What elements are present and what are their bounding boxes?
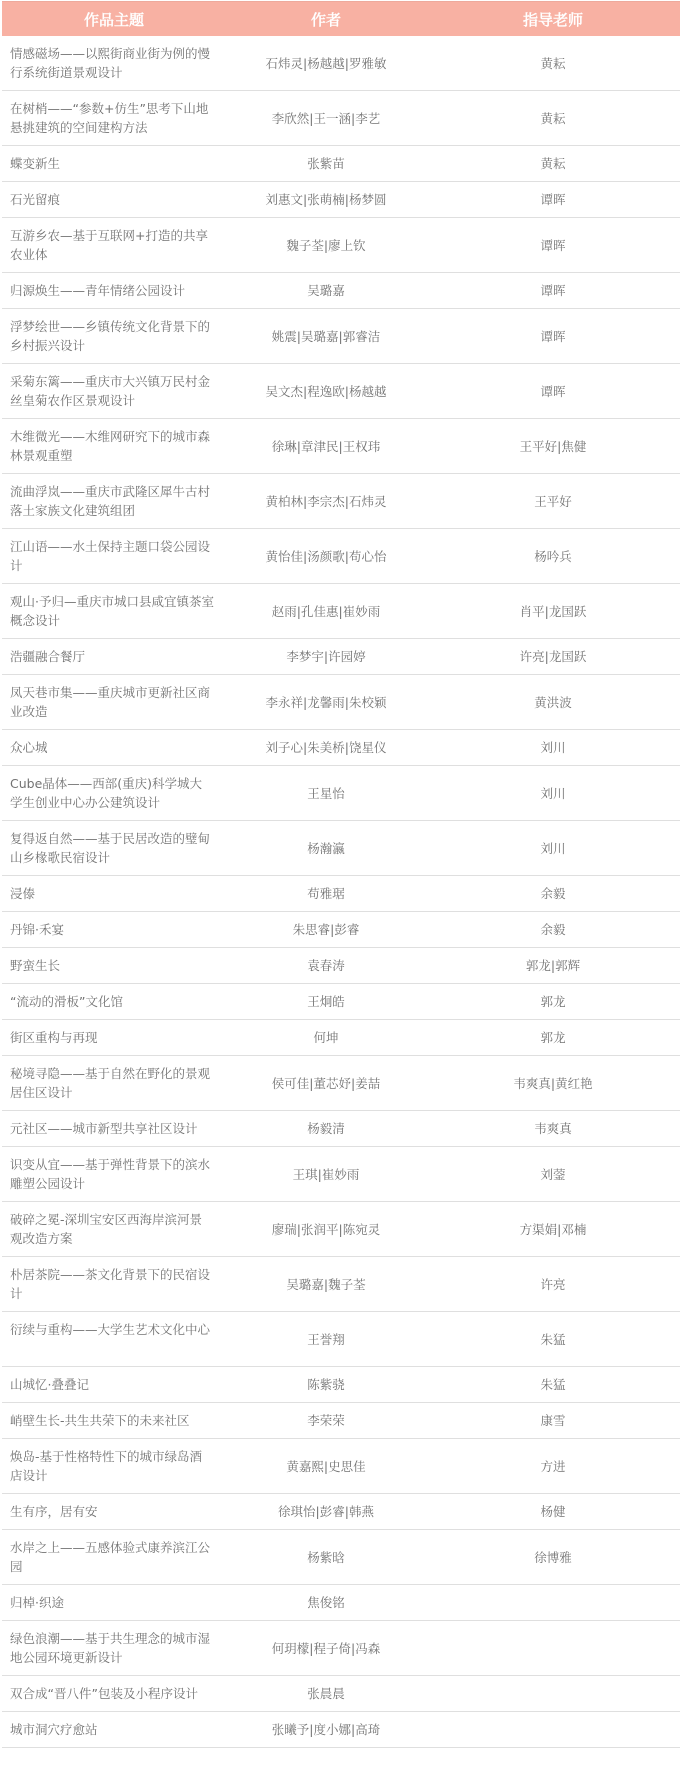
cell-teacher: 谭晖 [426,364,680,419]
cell-teacher: 王平好 [426,474,680,529]
cell-author: 王誉翔 [226,1312,426,1367]
cell-title: 石光留痕 [2,182,226,218]
cell-teacher: 王平好|焦健 [426,419,680,474]
cell-title: 识变从宜——基于弹性背景下的滨水雕塑公园设计 [2,1147,226,1202]
header-author: 作者 [226,2,426,37]
table-row: 元社区——城市新型共享社区设计杨毅清韦爽真 [2,1111,680,1147]
cell-author: 朱思睿|彭睿 [226,912,426,948]
cell-teacher: 杨吟兵 [426,529,680,584]
table-row: “流动的滑板”文化馆王炯皓郭龙 [2,984,680,1020]
table-row: 流曲浮岚——重庆市武隆区犀牛古村落土家族文化建筑组团黄柏林|李宗杰|石炜灵王平好 [2,474,680,529]
cell-title: 山城忆·叠叠记 [2,1367,226,1403]
cell-title: 峭壁生长-共生共荣下的未来社区 [2,1403,226,1439]
table-row: 归棹·织途焦俊铭 [2,1585,680,1621]
cell-author: 何玥檬|程子倚|冯森 [226,1621,426,1676]
cell-teacher: 康雪 [426,1403,680,1439]
table-row: 众心城刘子心|朱美桥|饶星仪刘川 [2,730,680,766]
cell-teacher: 黄耘 [426,146,680,182]
cell-title: 情感磁场——以熙街商业街为例的慢行系统街道景观设计 [2,36,226,91]
cell-author: 王星怡 [226,766,426,821]
cell-author: 刘惠文|张萌楠|杨梦圆 [226,182,426,218]
cell-author: 李永祥|龙馨雨|朱校颖 [226,675,426,730]
cell-teacher: 方渠娟|邓楠 [426,1202,680,1257]
cell-author: 魏子荃|廖上钦 [226,218,426,273]
table-row: 野蛮生长袁春涛郭龙|郭辉 [2,948,680,984]
table-row: 丹锦·禾宴朱思睿|彭睿余毅 [2,912,680,948]
table-row: 凤天巷市集——重庆城市更新社区商业改造李永祥|龙馨雨|朱校颖黄洪波 [2,675,680,730]
cell-teacher [426,1712,680,1748]
table-row: 浸傣苟雅琚余毅 [2,876,680,912]
table-row: 木维微光——木维网研究下的城市森林景观重塑徐琳|章津民|王权玮王平好|焦健 [2,419,680,474]
cell-author: 张晨晨 [226,1676,426,1712]
table-row: 归源焕生——青年情绪公园设计吴璐嘉谭晖 [2,273,680,309]
cell-teacher: 徐博雅 [426,1530,680,1585]
table-row: 浩疆融合餐厅李梦宇|许园婷许亮|龙国跃 [2,639,680,675]
works-table-container: 作品主题 作者 指导老师 情感磁场——以熙街商业街为例的慢行系统街道景观设计石炜… [2,0,680,1748]
cell-title: 生有序，居有安 [2,1494,226,1530]
cell-teacher: 余毅 [426,876,680,912]
table-row: 秘境寻隐——基于自然在野化的景观居住区设计侯可佳|董芯妤|姜喆韦爽真|黄红艳 [2,1056,680,1111]
cell-author: 石炜灵|杨越越|罗雅敏 [226,36,426,91]
cell-teacher: 谭晖 [426,182,680,218]
header-teacher: 指导老师 [426,2,680,37]
cell-title: 蝶变新生 [2,146,226,182]
table-row: 复得返自然——基于民居改造的璧甸山乡椽歌民宿设计杨瀚瀛刘川 [2,821,680,876]
cell-author: 侯可佳|董芯妤|姜喆 [226,1056,426,1111]
cell-title: 绿色浪潮——基于共生理念的城市湿地公园环境更新设计 [2,1621,226,1676]
cell-title: 采菊东篱——重庆市大兴镇万民村金丝皇菊农作区景观设计 [2,364,226,419]
cell-teacher: 许亮 [426,1257,680,1312]
table-row: 互游乡农—基于互联网+打造的共享农业体魏子荃|廖上钦谭晖 [2,218,680,273]
cell-title: 流曲浮岚——重庆市武隆区犀牛古村落土家族文化建筑组团 [2,474,226,529]
cell-title: 朴居茶院——茶文化背景下的民宿设计 [2,1257,226,1312]
header-row: 作品主题 作者 指导老师 [2,2,680,37]
cell-teacher: 郭龙 [426,984,680,1020]
cell-author: 李荣荣 [226,1403,426,1439]
cell-teacher: 杨健 [426,1494,680,1530]
cell-title: 浮梦绘世——乡镇传统文化背景下的乡村振兴设计 [2,309,226,364]
table-row: 江山语——水土保持主题口袋公园设计黄怡佳|汤颜歌|苟心怡杨吟兵 [2,529,680,584]
table-row: 衍续与重构——大学生艺术文化中心王誉翔朱猛 [2,1312,680,1367]
table-row: 焕岛-基于性格特性下的城市绿岛酒店设计黄嘉熙|史思佳方进 [2,1439,680,1494]
cell-title: 江山语——水土保持主题口袋公园设计 [2,529,226,584]
cell-teacher: 韦爽真|黄红艳 [426,1056,680,1111]
cell-title: 元社区——城市新型共享社区设计 [2,1111,226,1147]
cell-author: 张曦予|度小娜|高琦 [226,1712,426,1748]
cell-teacher: 黄洪波 [426,675,680,730]
cell-author: 赵雨|孔佳惠|崔妙雨 [226,584,426,639]
cell-title: 秘境寻隐——基于自然在野化的景观居住区设计 [2,1056,226,1111]
cell-title: 互游乡农—基于互联网+打造的共享农业体 [2,218,226,273]
cell-teacher: 韦爽真 [426,1111,680,1147]
cell-author: 王琪|崔妙雨 [226,1147,426,1202]
table-row: 识变从宜——基于弹性背景下的滨水雕塑公园设计王琪|崔妙雨刘蓥 [2,1147,680,1202]
cell-author: 黄嘉熙|史思佳 [226,1439,426,1494]
cell-author: 杨紫晗 [226,1530,426,1585]
table-row: 浮梦绘世——乡镇传统文化背景下的乡村振兴设计姚震|吴璐嘉|郭睿洁谭晖 [2,309,680,364]
cell-author: 姚震|吴璐嘉|郭睿洁 [226,309,426,364]
cell-teacher: 刘蓥 [426,1147,680,1202]
table-row: 在树梢——“参数+仿生”思考下山地悬挑建筑的空间建构方法李欣然|王一涵|李艺黄耘 [2,91,680,146]
table-row: 采菊东篱——重庆市大兴镇万民村金丝皇菊农作区景观设计吴文杰|程逸欧|杨越越谭晖 [2,364,680,419]
cell-teacher: 谭晖 [426,309,680,364]
cell-title: 水岸之上——五感体验式康养滨江公园 [2,1530,226,1585]
cell-teacher [426,1676,680,1712]
cell-author: 黄柏林|李宗杰|石炜灵 [226,474,426,529]
cell-author: 徐琪怡|彭睿|韩燕 [226,1494,426,1530]
cell-teacher: 黄耘 [426,91,680,146]
cell-teacher [426,1621,680,1676]
cell-teacher: 谭晖 [426,218,680,273]
cell-teacher: 肖平|龙国跃 [426,584,680,639]
cell-author: 吴璐嘉|魏子荃 [226,1257,426,1312]
table-row: 蝶变新生张紫苗黄耘 [2,146,680,182]
cell-author: 吴璐嘉 [226,273,426,309]
cell-author: 吴文杰|程逸欧|杨越越 [226,364,426,419]
cell-teacher: 谭晖 [426,273,680,309]
cell-author: 王炯皓 [226,984,426,1020]
table-header: 作品主题 作者 指导老师 [2,2,680,37]
cell-teacher [426,1585,680,1621]
cell-teacher: 黄耘 [426,36,680,91]
table-row: 绿色浪潮——基于共生理念的城市湿地公园环境更新设计何玥檬|程子倚|冯森 [2,1621,680,1676]
cell-title: “流动的滑板”文化馆 [2,984,226,1020]
cell-author: 廖瑞|张润平|陈宛灵 [226,1202,426,1257]
table-row: 街区重构与再现何坤郭龙 [2,1020,680,1056]
cell-author: 苟雅琚 [226,876,426,912]
cell-title: 街区重构与再现 [2,1020,226,1056]
cell-title: 焕岛-基于性格特性下的城市绿岛酒店设计 [2,1439,226,1494]
cell-author: 陈紫骁 [226,1367,426,1403]
cell-title: 众心城 [2,730,226,766]
cell-teacher: 朱猛 [426,1312,680,1367]
cell-title: 城市洞穴疗愈站 [2,1712,226,1748]
cell-title: Cube晶体——西部(重庆)科学城大学生创业中心办公建筑设计 [2,766,226,821]
cell-author: 李梦宇|许园婷 [226,639,426,675]
cell-teacher: 方进 [426,1439,680,1494]
table-body: 情感磁场——以熙街商业街为例的慢行系统街道景观设计石炜灵|杨越越|罗雅敏黄耘在树… [2,36,680,1748]
cell-author: 焦俊铭 [226,1585,426,1621]
cell-teacher: 刘川 [426,821,680,876]
cell-teacher: 余毅 [426,912,680,948]
cell-title: 野蛮生长 [2,948,226,984]
table-row: 朴居茶院——茶文化背景下的民宿设计吴璐嘉|魏子荃许亮 [2,1257,680,1312]
table-row: 城市洞穴疗愈站张曦予|度小娜|高琦 [2,1712,680,1748]
cell-title: 归棹·织途 [2,1585,226,1621]
table-row: 水岸之上——五感体验式康养滨江公园杨紫晗徐博雅 [2,1530,680,1585]
header-title: 作品主题 [2,2,226,37]
works-table: 作品主题 作者 指导老师 情感磁场——以熙街商业街为例的慢行系统街道景观设计石炜… [2,1,680,1748]
cell-author: 张紫苗 [226,146,426,182]
cell-title: 复得返自然——基于民居改造的璧甸山乡椽歌民宿设计 [2,821,226,876]
cell-title: 观山·予归—重庆市城口县咸宜镇茶室概念设计 [2,584,226,639]
cell-teacher: 郭龙 [426,1020,680,1056]
table-row: 观山·予归—重庆市城口县咸宜镇茶室概念设计赵雨|孔佳惠|崔妙雨肖平|龙国跃 [2,584,680,639]
cell-author: 李欣然|王一涵|李艺 [226,91,426,146]
table-row: 石光留痕刘惠文|张萌楠|杨梦圆谭晖 [2,182,680,218]
table-row: 峭壁生长-共生共荣下的未来社区李荣荣康雪 [2,1403,680,1439]
cell-author: 袁春涛 [226,948,426,984]
cell-author: 杨毅清 [226,1111,426,1147]
cell-teacher: 朱猛 [426,1367,680,1403]
table-row: 破碎之冕-深圳宝安区西海岸滨河景观改造方案廖瑞|张润平|陈宛灵方渠娟|邓楠 [2,1202,680,1257]
table-row: 山城忆·叠叠记陈紫骁朱猛 [2,1367,680,1403]
cell-title: 在树梢——“参数+仿生”思考下山地悬挑建筑的空间建构方法 [2,91,226,146]
cell-teacher: 刘川 [426,766,680,821]
cell-teacher: 许亮|龙国跃 [426,639,680,675]
cell-title: 丹锦·禾宴 [2,912,226,948]
cell-title: 破碎之冕-深圳宝安区西海岸滨河景观改造方案 [2,1202,226,1257]
cell-title: 凤天巷市集——重庆城市更新社区商业改造 [2,675,226,730]
cell-teacher: 郭龙|郭辉 [426,948,680,984]
cell-title: 归源焕生——青年情绪公园设计 [2,273,226,309]
cell-title: 浸傣 [2,876,226,912]
table-row: Cube晶体——西部(重庆)科学城大学生创业中心办公建筑设计王星怡刘川 [2,766,680,821]
cell-author: 黄怡佳|汤颜歌|苟心怡 [226,529,426,584]
cell-author: 何坤 [226,1020,426,1056]
table-row: 情感磁场——以熙街商业街为例的慢行系统街道景观设计石炜灵|杨越越|罗雅敏黄耘 [2,36,680,91]
cell-title: 木维微光——木维网研究下的城市森林景观重塑 [2,419,226,474]
table-row: 双合成“晋八件”包装及小程序设计张晨晨 [2,1676,680,1712]
cell-title: 浩疆融合餐厅 [2,639,226,675]
cell-teacher: 刘川 [426,730,680,766]
cell-author: 徐琳|章津民|王权玮 [226,419,426,474]
cell-title: 双合成“晋八件”包装及小程序设计 [2,1676,226,1712]
cell-author: 杨瀚瀛 [226,821,426,876]
table-row: 生有序，居有安徐琪怡|彭睿|韩燕杨健 [2,1494,680,1530]
cell-title: 衍续与重构——大学生艺术文化中心 [2,1312,226,1367]
cell-author: 刘子心|朱美桥|饶星仪 [226,730,426,766]
